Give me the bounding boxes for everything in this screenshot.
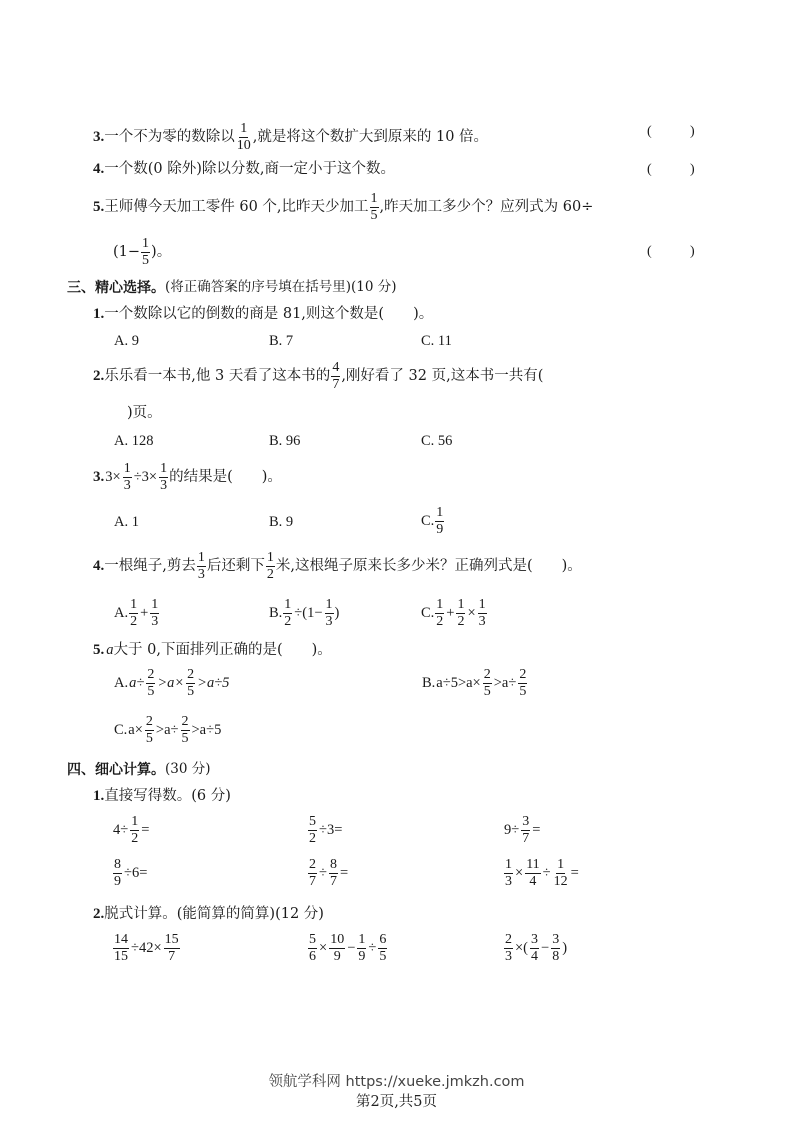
choice-question-4: 4. 一根绳子,剪去 13 后还剩下 12 米,这根绳子原来长多少米？正确列式是… [93,551,582,582]
calc-question-1: 1. 直接写得数。(6 分) [93,789,231,804]
option-c: C. 11 [421,333,452,350]
page-number: 第2页,共5页 [0,1090,793,1111]
tf-question-4: 4. 一个数(0 除外)除以分数,商一定小于这个数。 [93,162,395,177]
option-b: B. 9 [269,514,293,531]
fraction: 19 [435,506,444,537]
question-text: ,就是将这个数扩大到原来的 10 倍。 [253,130,488,145]
option-b: B. 7 [269,333,293,350]
question-text: 王师傅今天加工零件 60 个,比昨天少加工 [104,200,368,215]
calc-item: 23 ×( 34 − 38 ) [503,933,568,964]
answer-paren-close: ) [690,244,695,260]
calc-item: 27 ÷ 87 = [307,858,349,889]
calc-item: 4÷ 12 = [112,815,150,846]
option-a: A. 9 [114,333,139,350]
choice-question-1: 1. 一个数除以它的倒数的商是 81,则这个数是( )。 [93,307,433,322]
section-3-heading: 三、精心选择。 (将正确答案的序号填在括号里)(10 分) [67,281,397,295]
option-c: C. a× 25 >a÷ 25 >a÷5 [114,715,222,746]
fraction: 13 [197,551,206,582]
answer-paren-close: ) [690,124,695,140]
calc-item: 89 ÷6= [112,858,148,889]
question-number: 5. [93,200,104,215]
fraction: 15 [370,192,379,223]
fraction: 110 [236,122,252,153]
option-c: C. 19 [421,506,445,537]
section-title: 三、精心选择。 [67,281,165,295]
option-b: B. a÷5>a× 25 >a÷ 25 [422,668,528,699]
choice-question-2-line2: )页。 [127,406,162,421]
calc-item: 13 × 114 ÷ 112 = [503,858,580,889]
option-c: C. 56 [421,433,452,450]
calc-item: 1415 ÷42× 157 [112,933,181,964]
option-c: C. 12 + 12 × 13 [421,598,488,629]
question-number: 3. [93,130,104,145]
section-title: 四、细心计算。 [67,763,165,777]
option-a: A. 128 [114,433,153,450]
choice-question-5: 5. a 大于 0,下面排列正确的是( )。 [93,643,332,658]
calc-item: 52 ÷3= [307,815,343,846]
fraction: 12 [266,551,275,582]
fraction: 13 [159,462,168,493]
question-number: 4. [93,162,104,177]
option-a: A. 1 [114,514,139,531]
answer-paren-close: ) [690,162,695,178]
option-b: B. 96 [269,433,300,450]
fraction: 47 [331,361,340,392]
answer-paren-open: ( [647,162,652,178]
option-b: B. 12 ÷(1− 13 ) [269,598,339,629]
section-4-heading: 四、细心计算。 (30 分) [67,763,211,777]
tf-question-3: 3. 一个不为零的数除以 110 ,就是将这个数扩大到原来的 10 倍。 [93,122,488,153]
option-a: A. a÷ 25 >a× 25 >a÷5 [114,668,230,699]
section-note: (将正确答案的序号填在括号里)(10 分) [165,281,397,295]
fraction: 13 [123,462,132,493]
tf-question-5: 5. 王师傅今天加工零件 60 个,比昨天少加工 15 ,昨天加工多少个？应列式… [93,192,593,223]
choice-question-2: 2. 乐乐看一本书,他 3 天看了这本书的 47 ,刚好看了 32 页,这本书一… [93,361,543,392]
calc-item: 9÷ 37 = [503,815,541,846]
watermark: 领航学科网 https://xueke.jmkzh.com [0,1070,793,1091]
fraction: 15 [141,237,150,268]
tf-question-5-line2: (1− 15 )。 [113,237,171,268]
option-a: A. 12 + 13 [114,598,160,629]
question-text: 一个数(0 除外)除以分数,商一定小于这个数。 [104,162,395,177]
question-text: 一个不为零的数除以 [104,130,235,145]
question-text: ,昨天加工多少个？应列式为 60÷ [380,200,594,215]
answer-paren-open: ( [647,124,652,140]
calc-item: 56 × 109 − 19 ÷ 65 [307,933,388,964]
section-note: (30 分) [165,763,211,777]
answer-paren-open: ( [647,244,652,260]
choice-question-3: 3. 3× 13 ÷3× 13 的结果是( )。 [93,462,282,493]
calc-question-2: 2. 脱式计算。(能简算的简算)(12 分) [93,907,324,922]
